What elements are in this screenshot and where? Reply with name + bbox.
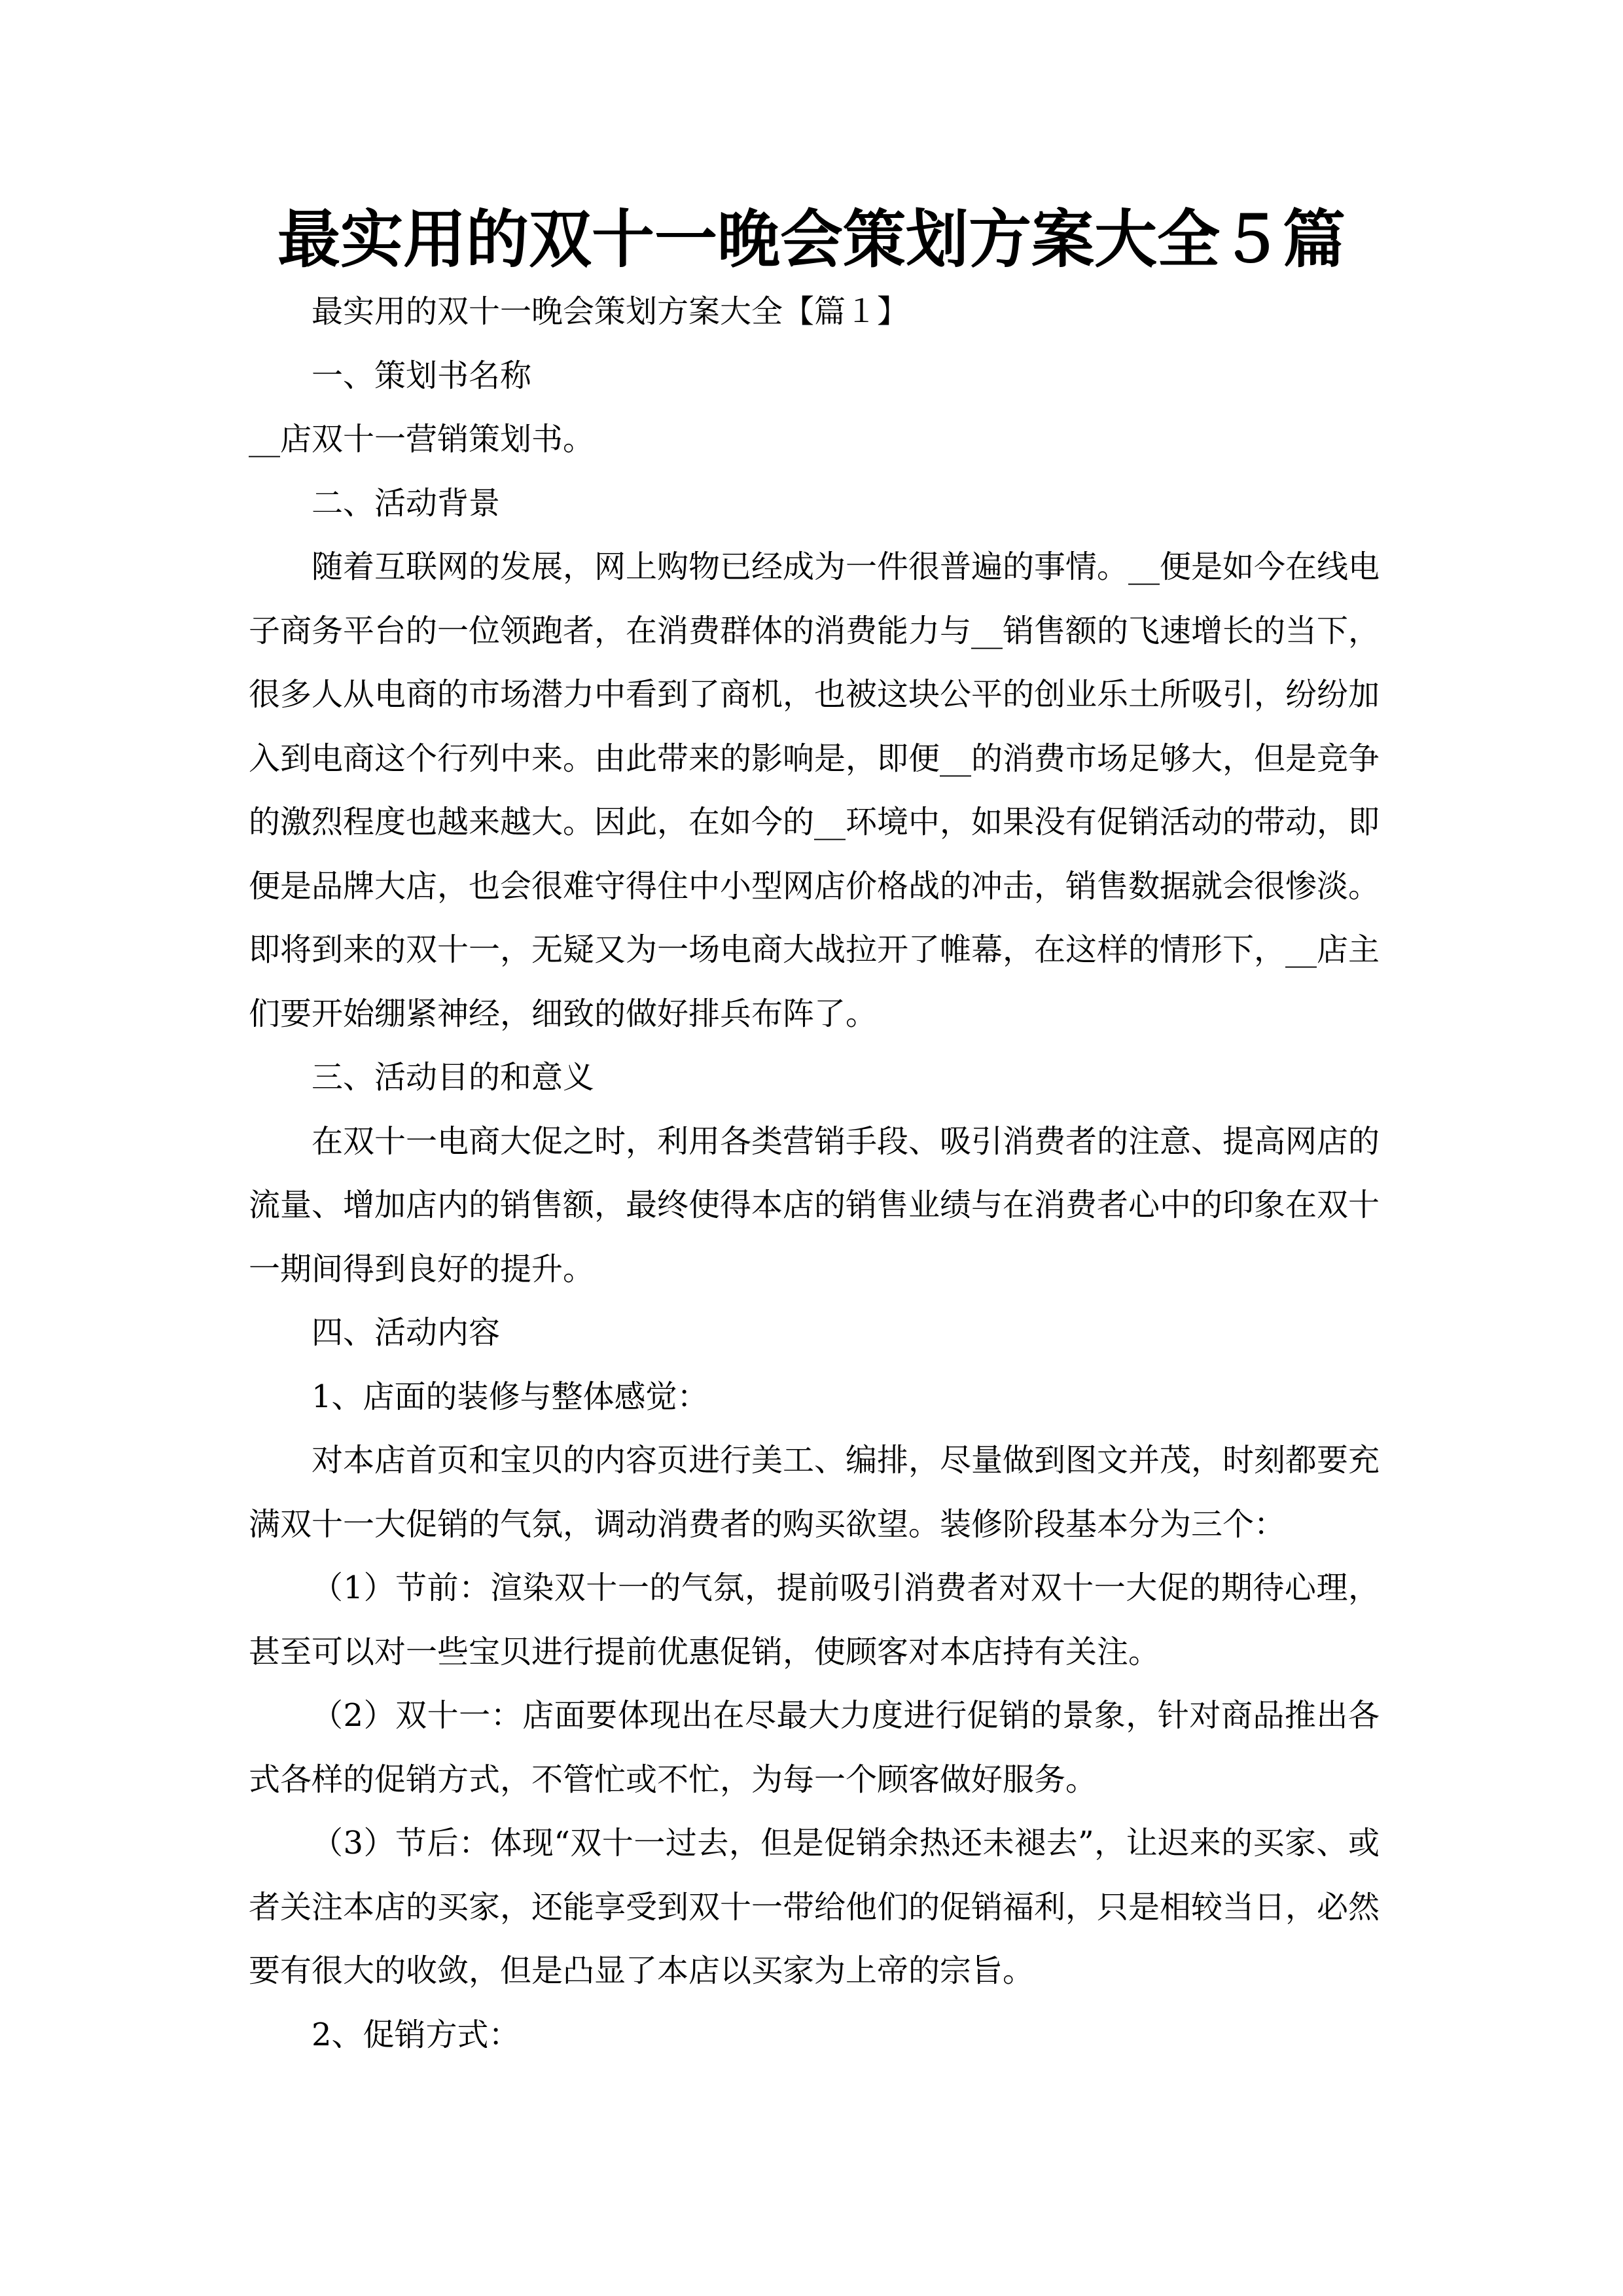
paragraph-background: 随着互联网的发展，网上购物已经成为一件很普遍的事情。__便是如今在线电子商务平台… [249,535,1380,1046]
document-body: 最实用的双十一晚会策划方案大全【篇１】 一、策划书名称 __店双十一营销策划书。… [249,280,1380,2067]
section-heading-purpose: 三、活动目的和意义 [249,1046,1380,1110]
section-subheading: 最实用的双十一晚会策划方案大全【篇１】 [249,280,1380,344]
paragraph-festival-day: （2）双十一：店面要体现出在尽最大力度进行促销的景象，针对商品推出各式各样的促销… [249,1684,1380,1812]
paragraph-plan-name: __店双十一营销策划书。 [249,408,1380,472]
document-page: 最实用的双十一晚会策划方案大全５篇 最实用的双十一晚会策划方案大全【篇１】 一、… [0,0,1623,2296]
paragraph-after-festival: （3）节后：体现“双十一过去，但是促销余热还未褪去”，让迟来的买家、或者关注本店… [249,1812,1380,2003]
section-heading-background: 二、活动背景 [249,472,1380,536]
paragraph-before-festival: （1）节前：渲染双十一的气氛，提前吸引消费者对双十一大促的期待心理，甚至可以对一… [249,1556,1380,1684]
section-heading-content: 四、活动内容 [249,1301,1380,1365]
section-heading-name: 一、策划书名称 [249,344,1380,408]
document-title: 最实用的双十一晚会策划方案大全５篇 [0,202,1623,278]
paragraph-decoration: 对本店首页和宝贝的内容页进行美工、编排，尽量做到图文并茂，时刻都要充满双十一大促… [249,1429,1380,1556]
subsection-heading-decoration: 1、店面的装修与整体感觉： [249,1365,1380,1429]
subsection-heading-promotion: 2、促销方式： [249,2003,1380,2068]
paragraph-purpose: 在双十一电商大促之时，利用各类营销手段、吸引消费者的注意、提高网店的流量、增加店… [249,1110,1380,1302]
